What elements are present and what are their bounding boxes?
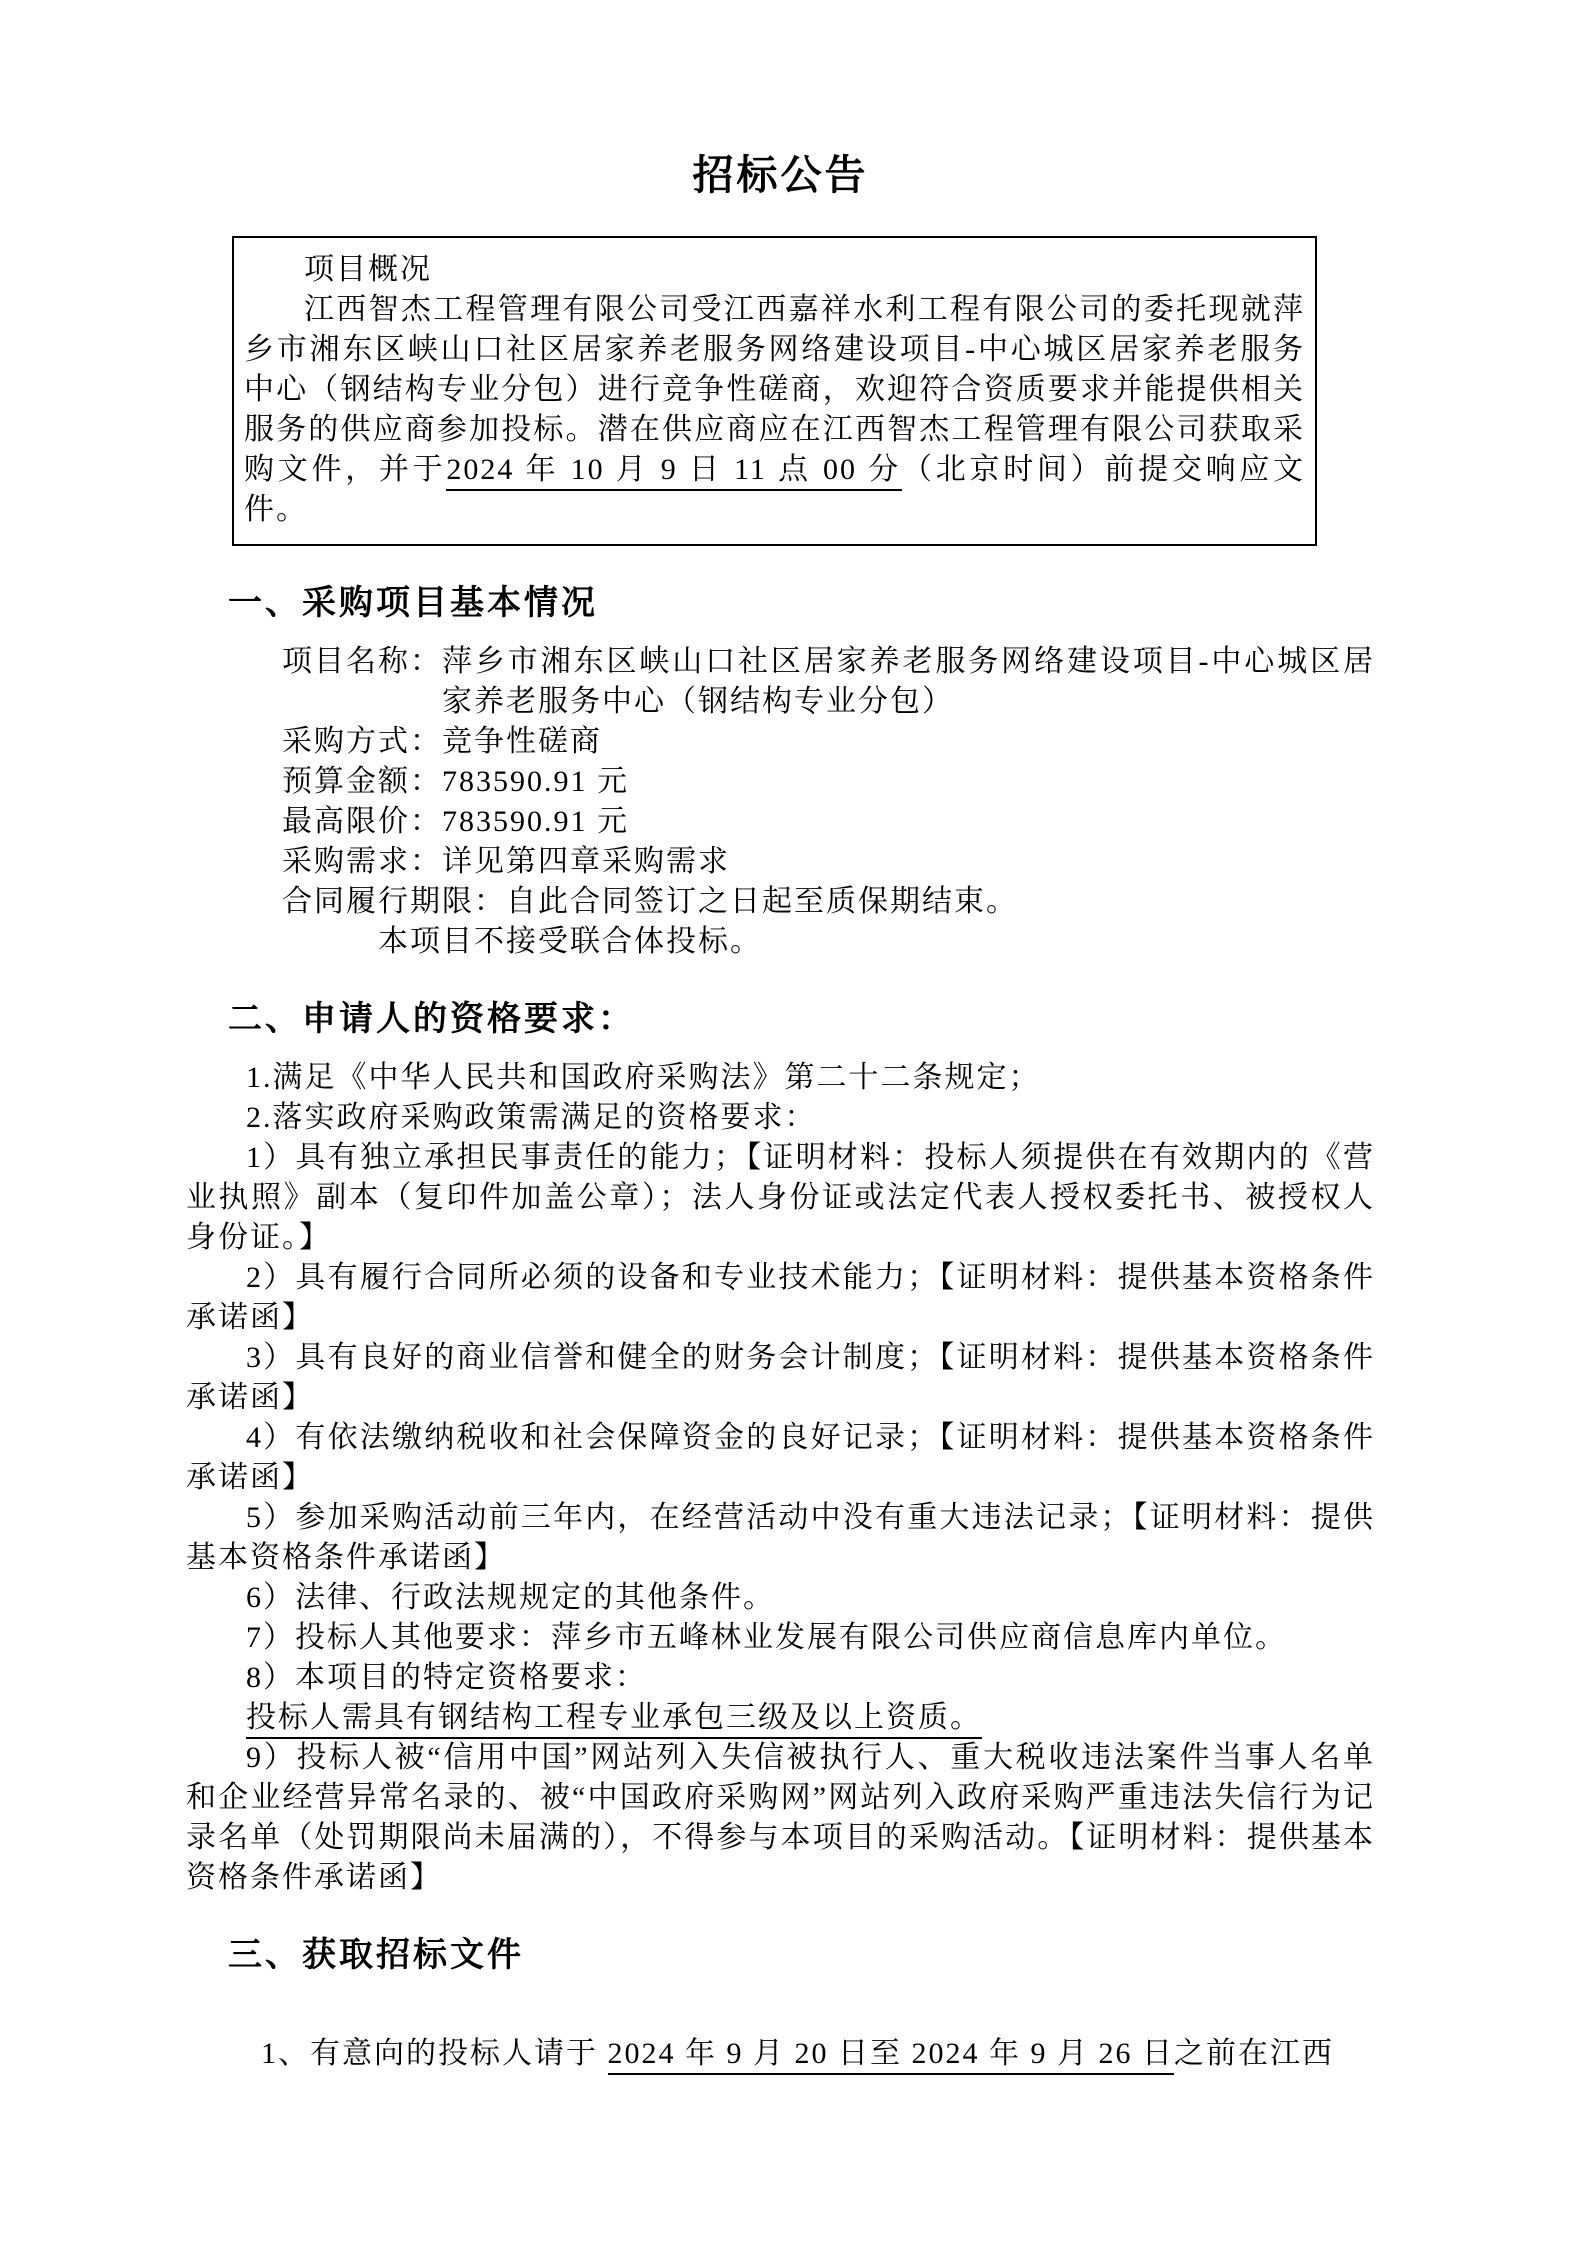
field-label: 预算金额： <box>282 762 442 802</box>
qualification-item: 8）本项目的特定资格要求： <box>186 1658 1375 1698</box>
field-label: 采购方式： <box>282 722 442 762</box>
qualification-item: 2.落实政府采购政策需满足的资格要求： <box>186 1098 1375 1138</box>
section2-heading: 二、申请人的资格要求： <box>228 996 1375 1042</box>
overview-paragraph: 江西智杰工程管理有限公司受江西嘉祥水利工程有限公司的委托现就萍乡市湘东区峡山口社… <box>244 290 1305 530</box>
special-qualification-requirement: 投标人需具有钢结构工程专业承包三级及以上资质。 <box>186 1698 1375 1738</box>
special-qualification-underlined: 投标人需具有钢结构工程专业承包三级及以上资质。 <box>246 1701 982 1739</box>
field-row-max-price: 最高限价： 783590.91 元 <box>282 802 1375 842</box>
field-value: 自此合同签订之日起至质保期结束。 <box>506 882 1375 922</box>
field-value: 783590.91 元 <box>442 762 1375 802</box>
qualification-item: 5）参加采购活动前三年内，在经营活动中没有重大违法记录；【证明材料：提供基本资格… <box>186 1498 1375 1578</box>
obtain-documents-suffix: 之前在江西 <box>1174 2037 1334 2070</box>
obtain-documents-prefix: 1、有意向的投标人请于 <box>261 2037 608 2070</box>
field-value: 萍乡市湘东区峡山口社区居家养老服务网络建设项目-中心城区居家养老服务中心（钢结构… <box>442 642 1375 722</box>
qualification-item: 7）投标人其他要求：萍乡市五峰林业发展有限公司供应商信息库内单位。 <box>186 1618 1375 1658</box>
field-row-project-name: 项目名称： 萍乡市湘东区峡山口社区居家养老服务网络建设项目-中心城区居家养老服务… <box>282 642 1375 722</box>
field-label: 最高限价： <box>282 802 442 842</box>
no-consortium-note: 本项目不接受联合体投标。 <box>378 922 1375 962</box>
section2-body: 1.满足《中华人民共和国政府采购法》第二十二条规定； 2.落实政府采购政策需满足… <box>186 1058 1375 1898</box>
qualification-item: 1）具有独立承担民事责任的能力；【证明材料：投标人须提供在有效期内的《营业执照》… <box>186 1138 1375 1258</box>
overview-heading: 项目概况 <box>244 250 1305 290</box>
qualification-item: 2）具有履行合同所必须的设备和专业技术能力；【证明材料：提供基本资格条件承诺函】 <box>186 1258 1375 1338</box>
field-row-budget-amount: 预算金额： 783590.91 元 <box>282 762 1375 802</box>
obtain-documents-paragraph: 1、有意向的投标人请于 2024 年 9 月 20 日至 2024 年 9 月 … <box>186 2034 1375 2074</box>
section1-heading: 一、采购项目基本情况 <box>228 580 1375 626</box>
field-row-contract-period: 合同履行期限： 自此合同签订之日起至质保期结束。 <box>282 882 1375 922</box>
field-label: 合同履行期限： <box>282 882 506 922</box>
field-label: 采购需求： <box>282 842 442 882</box>
section1-field-list: 项目名称： 萍乡市湘东区峡山口社区居家养老服务网络建设项目-中心城区居家养老服务… <box>282 642 1375 962</box>
qualification-item: 9）投标人被“信用中国”网站列入失信被执行人、重大税收违法案件当事人名单和企业经… <box>186 1738 1375 1898</box>
submission-deadline-underlined: 2024 年 10 月 9 日 11 点 00 分 <box>446 453 902 491</box>
field-value: 783590.91 元 <box>442 802 1375 842</box>
qualification-item: 4）有依法缴纳税收和社会保障资金的良好记录；【证明材料：提供基本资格条件承诺函】 <box>186 1418 1375 1498</box>
qualification-item: 1.满足《中华人民共和国政府采购法》第二十二条规定； <box>186 1058 1375 1098</box>
field-row-procurement-demand: 采购需求： 详见第四章采购需求 <box>282 842 1375 882</box>
doc-title: 招标公告 <box>186 150 1375 200</box>
qualification-item: 3）具有良好的商业信誉和健全的财务会计制度；【证明材料：提供基本资格条件承诺函】 <box>186 1338 1375 1418</box>
document-page: 招标公告 项目概况 江西智杰工程管理有限公司受江西嘉祥水利工程有限公司的委托现就… <box>0 0 1587 2245</box>
field-value: 详见第四章采购需求 <box>442 842 1375 882</box>
qualification-item: 6）法律、行政法规规定的其他条件。 <box>186 1578 1375 1618</box>
project-overview-box: 项目概况 江西智杰工程管理有限公司受江西嘉祥水利工程有限公司的委托现就萍乡市湘东… <box>232 236 1317 546</box>
document-obtain-date-range-underlined: 2024 年 9 月 20 日至 2024 年 9 月 26 日 <box>608 2037 1175 2075</box>
field-row-procurement-method: 采购方式： 竞争性磋商 <box>282 722 1375 762</box>
field-value: 竞争性磋商 <box>442 722 1375 762</box>
field-label: 项目名称： <box>282 642 442 682</box>
section3-heading: 三、获取招标文件 <box>228 1932 1375 1978</box>
